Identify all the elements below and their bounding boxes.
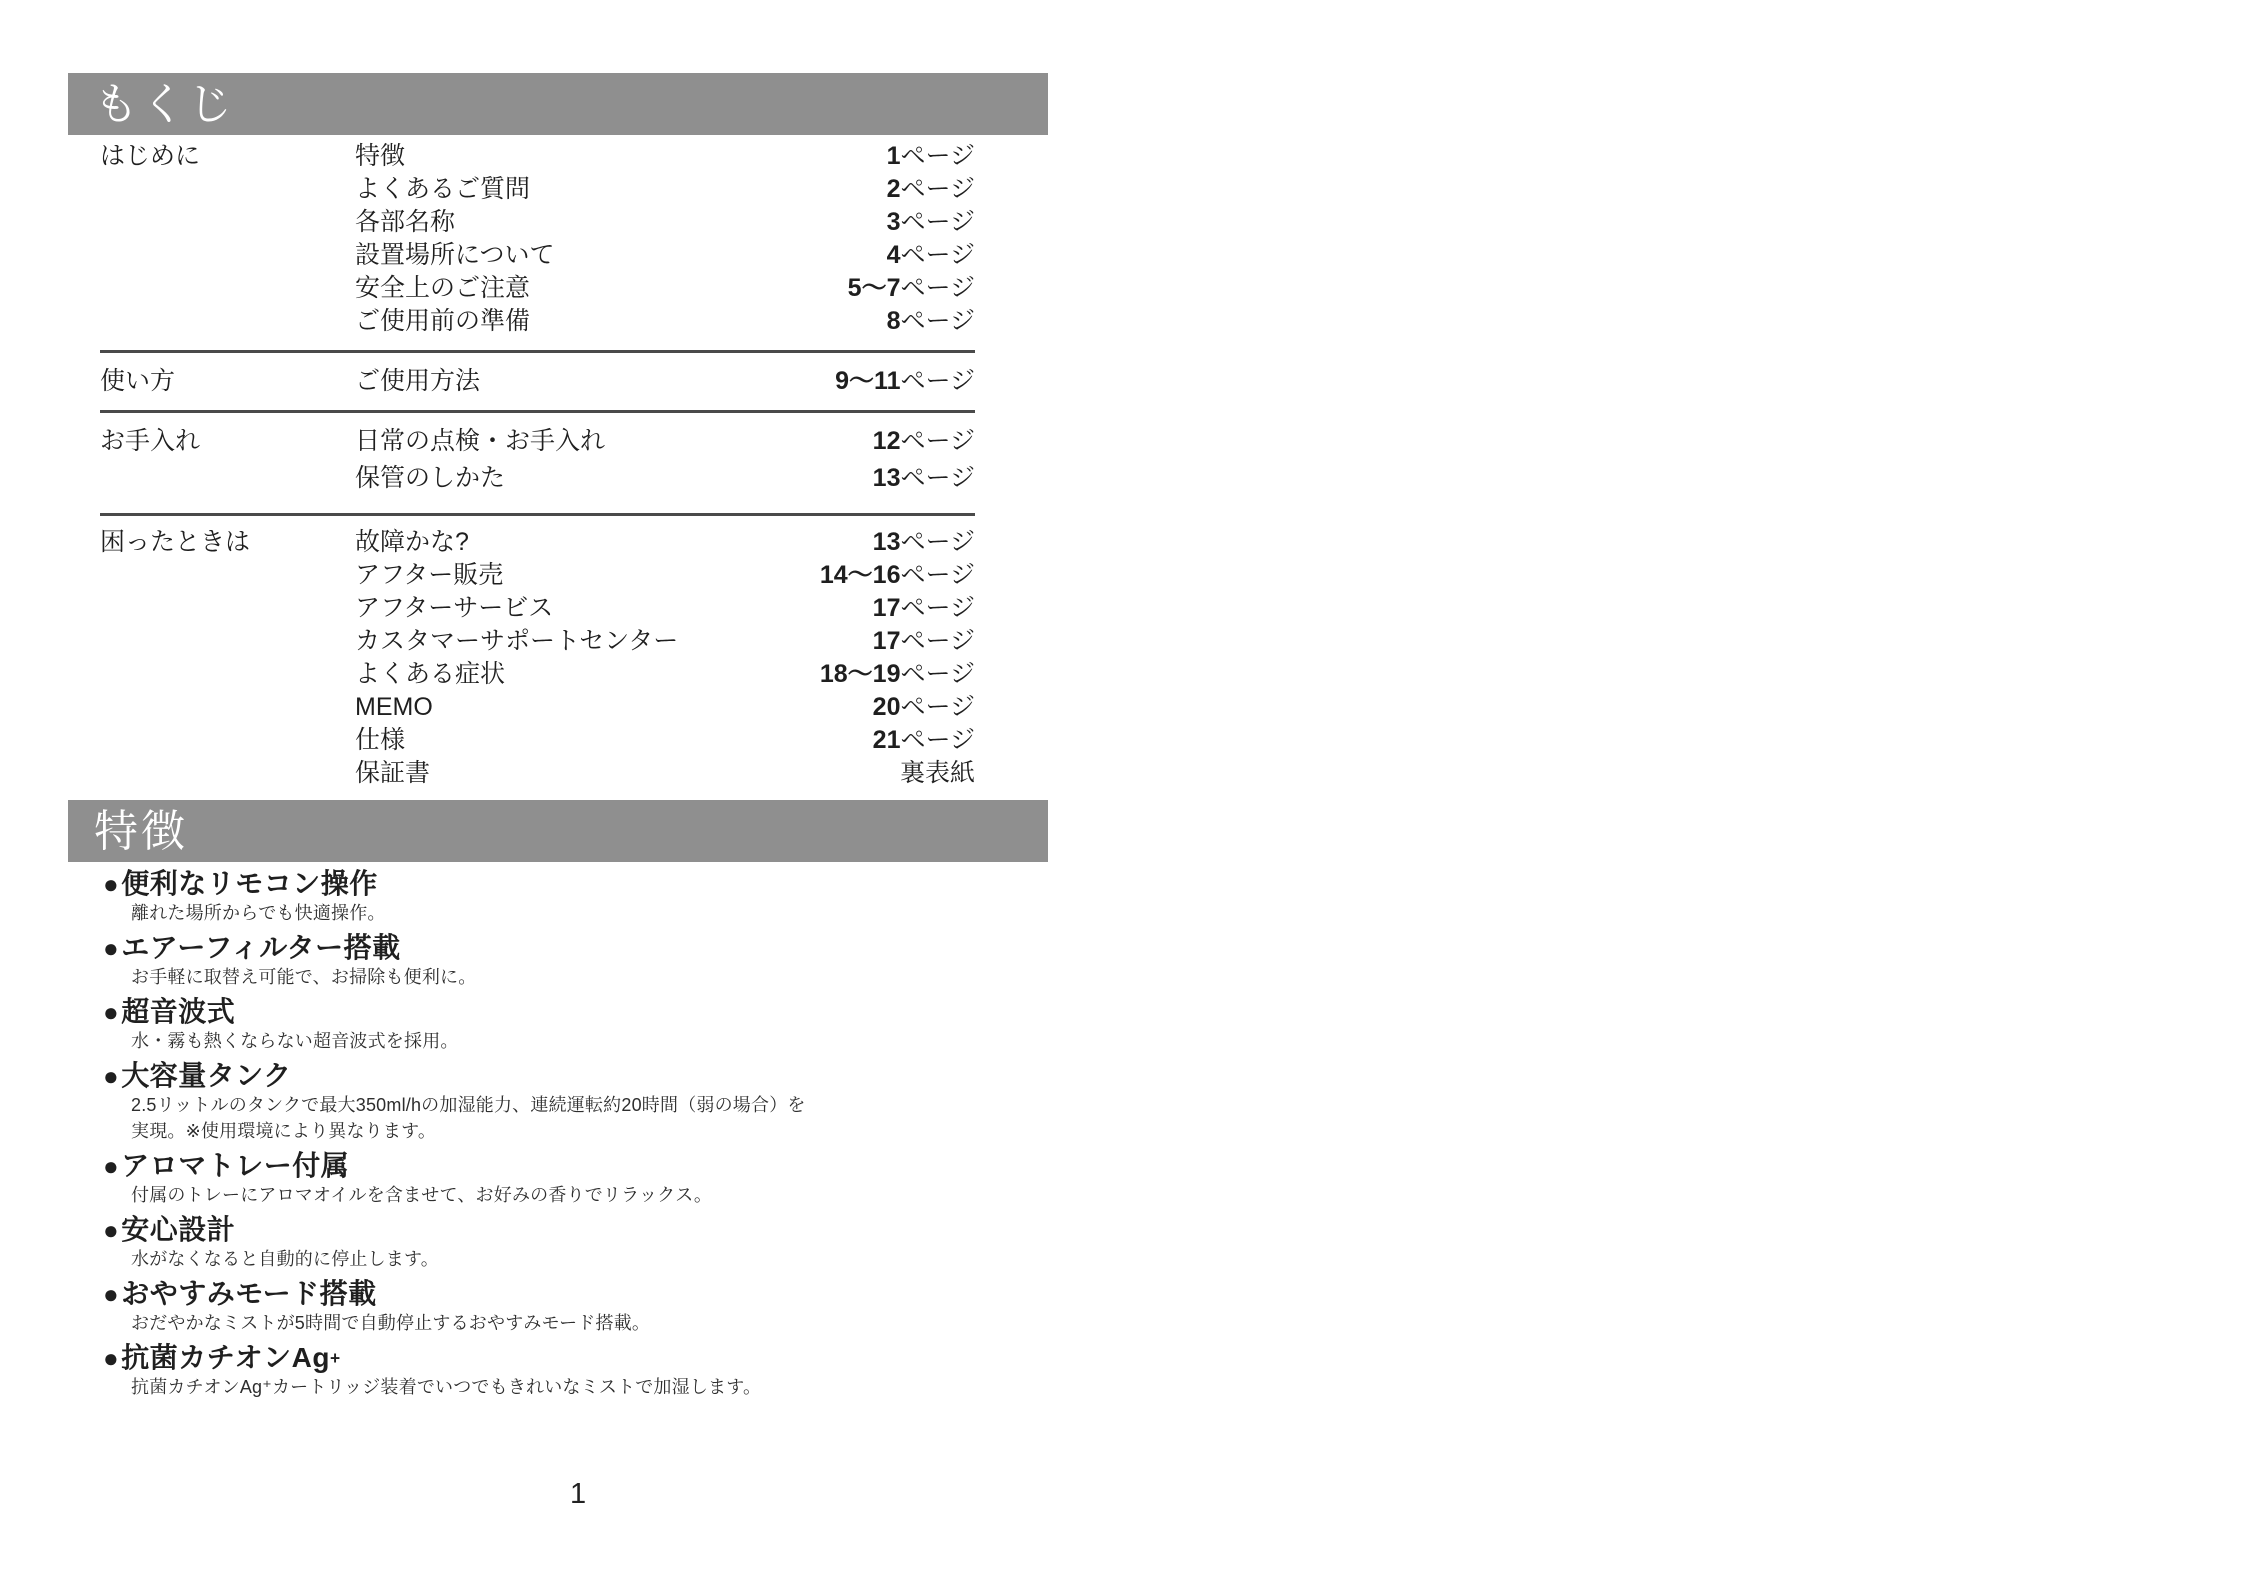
toc-row: アフターサービス 17ページ <box>355 592 975 625</box>
toc-row: よくある症状 18〜19ページ <box>355 658 975 691</box>
toc-item-page-unit: ページ <box>900 427 975 455</box>
toc-item-page-unit: ページ <box>900 726 975 754</box>
toc-item-page: 2ページ <box>887 173 975 206</box>
toc-item-title: カスタマーサポートセンター <box>355 625 678 658</box>
toc-item-page-num: 13 <box>873 464 901 492</box>
feature-desc-line: おだやかなミストが5時間で自動停止するおやすみモード搭載。 <box>103 1310 1063 1336</box>
toc-item-page-num: 18〜19 <box>820 660 901 688</box>
feature-desc-line: 2.5リットルのタンクで最大350ml/hの加湿能力、連続運転約20時間（弱の場… <box>103 1092 1063 1118</box>
feature-title-text: 抗菌カチオンAg <box>121 1342 330 1374</box>
feature-title-text: おやすみモード搭載 <box>121 1278 376 1310</box>
feature-item: ●エアーフィルター搭載 お手軽に取替え可能で、お掃除も便利に。 <box>103 932 1063 990</box>
feature-descriptions: 2.5リットルのタンクで最大350ml/hの加湿能力、連続運転約20時間（弱の場… <box>103 1092 1063 1144</box>
feature-item: ●おやすみモード搭載 おだやかなミストが5時間で自動停止するおやすみモード搭載。 <box>103 1278 1063 1336</box>
toc-item-page-unit: ページ <box>900 464 975 492</box>
toc-item-title: 故障かな? <box>355 526 469 559</box>
feature-item: ●安心設計 水がなくなると自動的に停止します。 <box>103 1214 1063 1272</box>
feature-item: ●便利なリモコン操作 離れた場所からでも快適操作。 <box>103 868 1063 926</box>
features-header-title: 特徴 <box>68 800 1048 864</box>
toc-item-page-unit: ページ <box>900 274 975 302</box>
feature-descriptions: 水がなくなると自動的に停止します。 <box>103 1246 1063 1272</box>
features-header-bar: 特徴 <box>68 800 1048 862</box>
table-of-contents: はじめに 特徴 1ページ よくあるご質問 2ページ 各部名称 3ページ 設置場所… <box>100 140 975 790</box>
toc-item-page: 3ページ <box>887 206 975 239</box>
toc-item-page-num: 8 <box>887 307 901 335</box>
toc-item-page-num: 21 <box>873 726 901 754</box>
feature-title: ●超音波式 <box>103 996 1063 1028</box>
feature-title-text: エアーフィルター搭載 <box>121 932 400 964</box>
toc-row: カスタマーサポートセンター 17ページ <box>355 625 975 658</box>
feature-item: ●アロマトレー付属 付属のトレーにアロマオイルを含ませて、お好みの香りでリラック… <box>103 1150 1063 1208</box>
toc-item-page-unit: ページ <box>900 307 975 335</box>
toc-item-page-num: 3 <box>887 208 901 236</box>
toc-item-title: 仕様 <box>355 724 405 757</box>
feature-title: ●アロマトレー付属 <box>103 1150 1063 1182</box>
toc-item-page: 13ページ <box>873 526 975 559</box>
bullet-icon: ● <box>103 932 119 964</box>
toc-item-title: MEMO <box>355 691 433 724</box>
bullet-icon: ● <box>103 1150 119 1182</box>
toc-item-page: 20ページ <box>873 691 975 724</box>
feature-descriptions: 付属のトレーにアロマオイルを含ませて、お好みの香りでリラックス。 <box>103 1182 1063 1208</box>
toc-item-page-num: 1 <box>887 142 901 170</box>
toc-item-title: 特徴 <box>355 140 405 173</box>
feature-desc-line: 付属のトレーにアロマオイルを含ませて、お好みの香りでリラックス。 <box>103 1182 1063 1208</box>
toc-group: お手入れ 日常の点検・お手入れ 12ページ 保管のしかた 13ページ <box>100 413 975 513</box>
toc-item-page-num: 13 <box>873 528 901 556</box>
toc-row: MEMO 20ページ <box>355 691 975 724</box>
toc-item-page-num: 17 <box>873 627 901 655</box>
toc-group-label: 困ったときは <box>100 526 355 790</box>
toc-item-title: アフター販売 <box>355 559 503 592</box>
toc-item-title: ご使用前の準備 <box>355 305 530 338</box>
toc-item-title: アフターサービス <box>355 592 553 625</box>
toc-item-page-num: 17 <box>873 594 901 622</box>
toc-item-page: 9〜11ページ <box>835 365 975 398</box>
manual-page: もくじ はじめに 特徴 1ページ よくあるご質問 2ページ 各部名称 3ページ … <box>0 0 2245 1587</box>
toc-header-bar: もくじ <box>68 73 1048 135</box>
toc-row: ご使用方法 9〜11ページ <box>355 365 975 398</box>
feature-descriptions: 離れた場所からでも快適操作。 <box>103 900 1063 926</box>
toc-item-page-num: 14〜16 <box>820 561 901 589</box>
toc-rows: ご使用方法 9〜11ページ <box>355 365 975 398</box>
feature-title-text: 安心設計 <box>121 1214 235 1246</box>
bullet-icon: ● <box>103 1278 119 1310</box>
toc-item-title: よくある症状 <box>355 658 505 691</box>
toc-row: 日常の点検・お手入れ 12ページ <box>355 423 975 460</box>
toc-item-page-unit: ページ <box>900 594 975 622</box>
toc-item-page-num: 9〜11 <box>835 367 900 395</box>
toc-group-label: はじめに <box>100 140 355 338</box>
feature-title-text: 超音波式 <box>121 996 235 1028</box>
toc-row: 故障かな? 13ページ <box>355 526 975 559</box>
toc-row: 安全上のご注意 5〜7ページ <box>355 272 975 305</box>
toc-group: 使い方 ご使用方法 9〜11ページ <box>100 353 975 410</box>
toc-row: ご使用前の準備 8ページ <box>355 305 975 338</box>
toc-item-page-num: 5〜7 <box>848 274 901 302</box>
toc-item-page-unit: ページ <box>900 175 975 203</box>
toc-group: 困ったときは 故障かな? 13ページ アフター販売 14〜16ページ アフターサ… <box>100 516 975 790</box>
toc-item-page-unit: ページ <box>900 693 975 721</box>
feature-title: ●抗菌カチオンAg+ <box>103 1342 1063 1374</box>
feature-descriptions: 抗菌カチオンAg⁺カートリッジ装着でいつでもきれいなミストで加湿します。 <box>103 1374 1063 1400</box>
features-list: ●便利なリモコン操作 離れた場所からでも快適操作。 ●エアーフィルター搭載 お手… <box>103 868 1063 1406</box>
feature-title-sup: + <box>330 1342 341 1374</box>
toc-item-page: 裏表紙 <box>900 757 975 790</box>
toc-row: 設置場所について 4ページ <box>355 239 975 272</box>
toc-item-page-num: 12 <box>873 427 901 455</box>
toc-group: はじめに 特徴 1ページ よくあるご質問 2ページ 各部名称 3ページ 設置場所… <box>100 140 975 350</box>
toc-item-page-unit: ページ <box>900 367 975 395</box>
feature-title: ●エアーフィルター搭載 <box>103 932 1063 964</box>
toc-item-title: 日常の点検・お手入れ <box>355 423 605 460</box>
toc-item-page-unit: ページ <box>900 660 975 688</box>
toc-row: よくあるご質問 2ページ <box>355 173 975 206</box>
toc-row: 特徴 1ページ <box>355 140 975 173</box>
toc-item-title: 各部名称 <box>355 206 455 239</box>
toc-row: 保証書 裏表紙 <box>355 757 975 790</box>
toc-item-page-num: 2 <box>887 175 901 203</box>
bullet-icon: ● <box>103 1060 119 1092</box>
toc-rows: 故障かな? 13ページ アフター販売 14〜16ページ アフターサービス 17ペ… <box>355 526 975 790</box>
toc-item-page-unit: ページ <box>900 627 975 655</box>
toc-rows: 日常の点検・お手入れ 12ページ 保管のしかた 13ページ <box>355 423 975 497</box>
footer-page-number: 1 <box>570 1478 586 1511</box>
toc-item-page: 12ページ <box>873 423 975 460</box>
toc-item-page: 4ページ <box>887 239 975 272</box>
toc-item-page: 17ページ <box>873 592 975 625</box>
toc-item-page: 5〜7ページ <box>848 272 975 305</box>
toc-item-page-unit: ページ <box>900 528 975 556</box>
toc-item-page-unit: ページ <box>900 142 975 170</box>
feature-desc-line: 離れた場所からでも快適操作。 <box>103 900 1063 926</box>
feature-title-text: 便利なリモコン操作 <box>121 868 378 900</box>
toc-item-title: 保管のしかた <box>355 460 505 497</box>
bullet-icon: ● <box>103 1342 119 1374</box>
toc-item-page: 21ページ <box>873 724 975 757</box>
feature-title: ●おやすみモード搭載 <box>103 1278 1063 1310</box>
toc-item-page: 8ページ <box>887 305 975 338</box>
toc-item-title: 保証書 <box>355 757 430 790</box>
bullet-icon: ● <box>103 996 119 1028</box>
feature-title-text: 大容量タンク <box>121 1060 291 1092</box>
feature-desc-line: お手軽に取替え可能で、お掃除も便利に。 <box>103 964 1063 990</box>
feature-title: ●大容量タンク <box>103 1060 1063 1092</box>
toc-item-page: 1ページ <box>887 140 975 173</box>
toc-item-page: 13ページ <box>873 460 975 497</box>
toc-header-title: もくじ <box>68 73 1048 137</box>
toc-group-label: 使い方 <box>100 365 355 398</box>
toc-item-page-unit: 裏表紙 <box>900 759 975 787</box>
feature-desc-line: 抗菌カチオンAg⁺カートリッジ装着でいつでもきれいなミストで加湿します。 <box>103 1374 1063 1400</box>
feature-desc-line: 実現。※使用環境により異なります。 <box>103 1118 1063 1144</box>
toc-row: 各部名称 3ページ <box>355 206 975 239</box>
toc-item-page-unit: ページ <box>900 561 975 589</box>
bullet-icon: ● <box>103 868 119 900</box>
feature-descriptions: 水・霧も熱くならない超音波式を採用。 <box>103 1028 1063 1054</box>
feature-item: ●大容量タンク 2.5リットルのタンクで最大350ml/hの加湿能力、連続運転約… <box>103 1060 1063 1144</box>
toc-row: 保管のしかた 13ページ <box>355 460 975 497</box>
toc-row: 仕様 21ページ <box>355 724 975 757</box>
toc-item-page-num: 20 <box>873 693 901 721</box>
toc-item-title: ご使用方法 <box>355 365 480 398</box>
toc-row: アフター販売 14〜16ページ <box>355 559 975 592</box>
toc-item-title: 設置場所について <box>355 239 555 272</box>
toc-item-title: よくあるご質問 <box>355 173 530 206</box>
toc-item-page: 18〜19ページ <box>820 658 975 691</box>
toc-rows: 特徴 1ページ よくあるご質問 2ページ 各部名称 3ページ 設置場所について … <box>355 140 975 338</box>
toc-item-page-unit: ページ <box>900 241 975 269</box>
feature-title: ●安心設計 <box>103 1214 1063 1246</box>
feature-descriptions: おだやかなミストが5時間で自動停止するおやすみモード搭載。 <box>103 1310 1063 1336</box>
bullet-icon: ● <box>103 1214 119 1246</box>
feature-item: ●超音波式 水・霧も熱くならない超音波式を採用。 <box>103 996 1063 1054</box>
feature-item: ●抗菌カチオンAg+ 抗菌カチオンAg⁺カートリッジ装着でいつでもきれいなミスト… <box>103 1342 1063 1400</box>
feature-title: ●便利なリモコン操作 <box>103 868 1063 900</box>
feature-title-text: アロマトレー付属 <box>121 1150 349 1182</box>
toc-item-page: 17ページ <box>873 625 975 658</box>
feature-desc-line: 水がなくなると自動的に停止します。 <box>103 1246 1063 1272</box>
toc-item-page: 14〜16ページ <box>820 559 975 592</box>
feature-descriptions: お手軽に取替え可能で、お掃除も便利に。 <box>103 964 1063 990</box>
feature-desc-line: 水・霧も熱くならない超音波式を採用。 <box>103 1028 1063 1054</box>
toc-item-page-unit: ページ <box>900 208 975 236</box>
toc-group-label: お手入れ <box>100 423 355 497</box>
toc-item-page-num: 4 <box>887 241 901 269</box>
toc-item-title: 安全上のご注意 <box>355 272 530 305</box>
